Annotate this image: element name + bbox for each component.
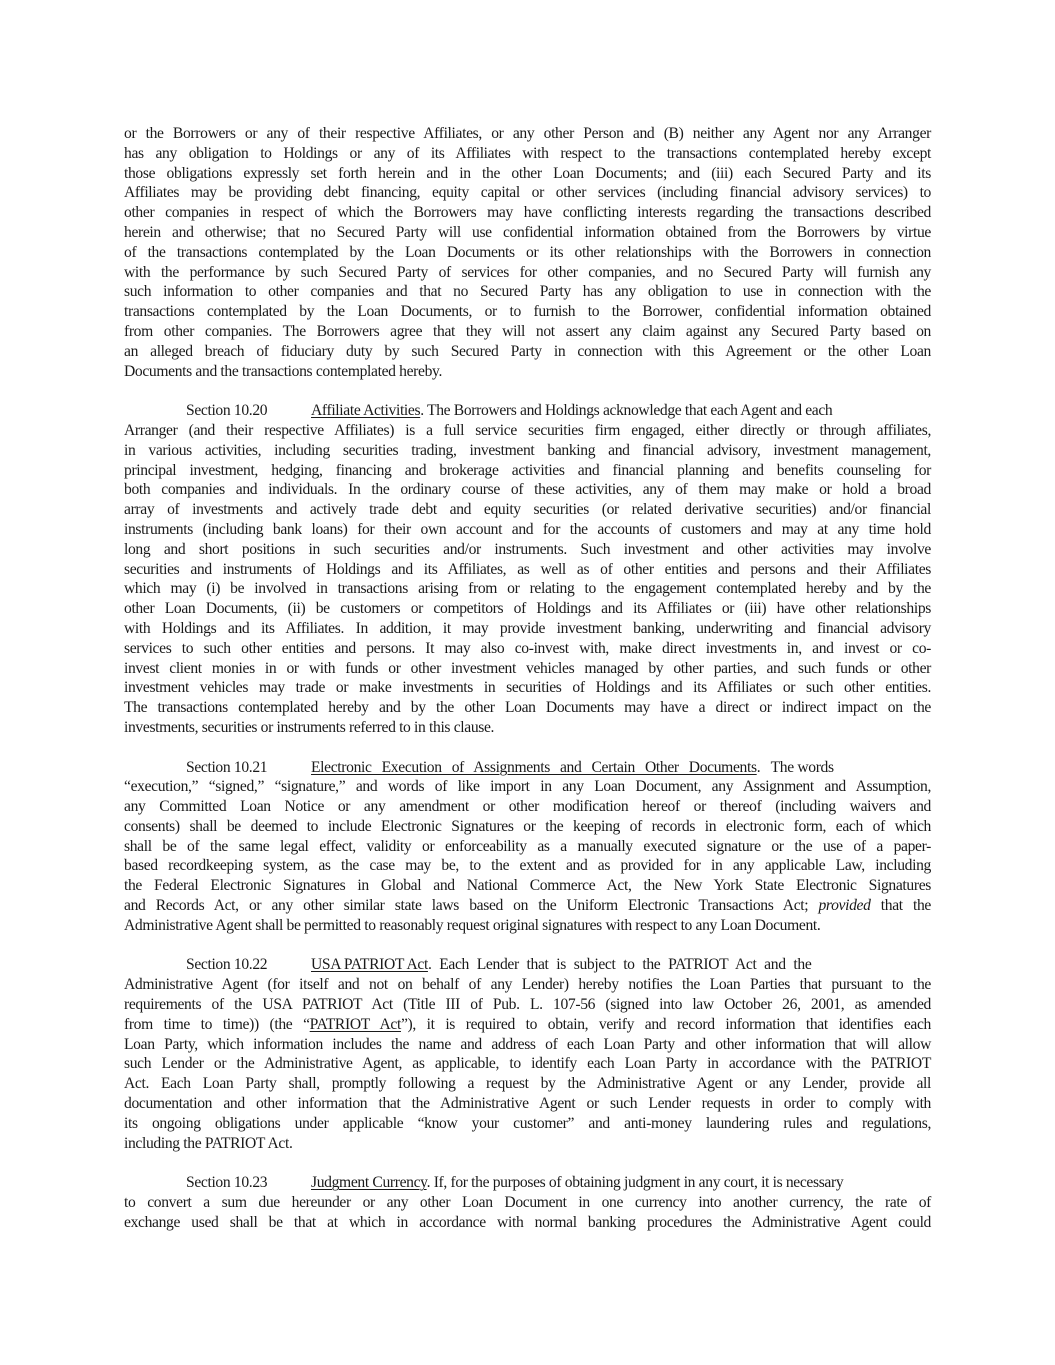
document-page: or the Borrowers or any of their respect… [124,124,931,1252]
section-10-21: Section 10.21Electronic Execution of Ass… [124,758,931,936]
text-line: its ongoing obligations under applicable… [124,1114,931,1134]
text-line: from other companies. The Borrowers agre… [124,322,931,342]
text-line: consents) shall be deemed to include Ele… [124,817,931,837]
text-line: an alleged breach of fiduciary duty by s… [124,342,931,362]
text-line: of the transactions contemplated by the … [124,243,931,263]
text-line: array of investments and actively trade … [124,500,931,520]
text-line: which may (i) be involved in transaction… [124,579,931,599]
section-text: . Each Lender that is subject to the PAT… [428,956,811,973]
section-heading-line: Section 10.21Electronic Execution of Ass… [124,758,931,778]
text-line: or the Borrowers or any of their respect… [124,124,931,144]
provided-italic: provided [818,897,870,914]
section-title: USA PATRIOT Act [311,956,428,973]
section-heading-line: Section 10.20Affiliate Activities. The B… [124,401,931,421]
section-title: Electronic Execution of Assignments and … [311,759,757,776]
text-line: The transactions contemplated hereby and… [124,698,931,718]
text-line: principal investment, hedging, financing… [124,461,931,481]
section-title: Judgment Currency [311,1174,427,1191]
text-line: Documents and the transactions contempla… [124,362,931,382]
section-10-22: Section 10.22USA PATRIOT Act. Each Lende… [124,955,931,1153]
section-title: Affiliate Activities [311,402,420,419]
text-line: herein and otherwise; that no Secured Pa… [124,223,931,243]
section-heading-line: Section 10.22USA PATRIOT Act. Each Lende… [124,955,931,975]
text-line: those obligations expressly set forth he… [124,164,931,184]
text-line: with Holdings and its Affiliates. In add… [124,619,931,639]
section-text: . The Borrowers and Holdings acknowledge… [420,402,832,419]
section-10-20: Section 10.20Affiliate Activities. The B… [124,401,931,738]
text-line: “execution,” “signed,” “signature,” and … [124,777,931,797]
text-line: invest client monies in or with funds or… [124,659,931,679]
text-line: Arranger (and their respective Affiliate… [124,421,931,441]
section-10-23: Section 10.23Judgment Currency. If, for … [124,1173,931,1232]
text-line: to convert a sum due hereunder or any ot… [124,1193,931,1213]
section-heading-line: Section 10.23Judgment Currency. If, for … [124,1173,931,1193]
text-line: based recordkeeping system, as the case … [124,856,931,876]
section-text: . The words [757,759,834,776]
text-line: Affiliates may be providing debt financi… [124,183,931,203]
text-line: Act. Each Loan Party shall, promptly fol… [124,1074,931,1094]
text-line: in various activities, including securit… [124,441,931,461]
text-line: transactions contemplated by the Loan Do… [124,302,931,322]
text-line: other companies in respect of which the … [124,203,931,223]
text-line: instruments (including bank loans) for t… [124,520,931,540]
text-line: investment vehicles may trade or make in… [124,678,931,698]
text-line: shall be of the same legal effect, valid… [124,837,931,857]
section-number: Section 10.23 [186,1173,311,1193]
section-number: Section 10.21 [186,758,311,778]
text-line: any Committed Loan Notice or any amendme… [124,797,931,817]
text-line: both companies and individuals. In the o… [124,480,931,500]
intro-paragraph: or the Borrowers or any of their respect… [124,124,931,381]
text-line: Loan Party, which information includes t… [124,1035,931,1055]
text-line: requirements of the USA PATRIOT Act (Tit… [124,995,931,1015]
text-line: other Loan Documents, (ii) be customers … [124,599,931,619]
text-line: Administrative Agent shall be permitted … [124,916,931,936]
text-line: documentation and other information that… [124,1094,931,1114]
text-line: such information to other companies and … [124,282,931,302]
text-line: long and short positions in such securit… [124,540,931,560]
text-line: such Lender or the Administrative Agent,… [124,1054,931,1074]
text-line: with the performance by such Secured Par… [124,263,931,283]
text-line: including the PATRIOT Act. [124,1134,931,1154]
text-line: and Records Act, or any other similar st… [124,896,931,916]
text-line: investments, securities or instruments r… [124,718,931,738]
defined-term: PATRIOT Act [310,1016,401,1033]
text-line: securities and instruments of Holdings a… [124,560,931,580]
text-line: Administrative Agent (for itself and not… [124,975,931,995]
text-line: services to such other entities and pers… [124,639,931,659]
section-number: Section 10.22 [186,955,311,975]
text-line: the Federal Electronic Signatures in Glo… [124,876,931,896]
text-line: exchange used shall be that at which in … [124,1213,931,1233]
text-line: from time to time)) (the “PATRIOT Act”),… [124,1015,931,1035]
text-line: has any obligation to Holdings or any of… [124,144,931,164]
section-number: Section 10.20 [186,401,311,421]
section-text: . If, for the purposes of obtaining judg… [427,1174,844,1191]
